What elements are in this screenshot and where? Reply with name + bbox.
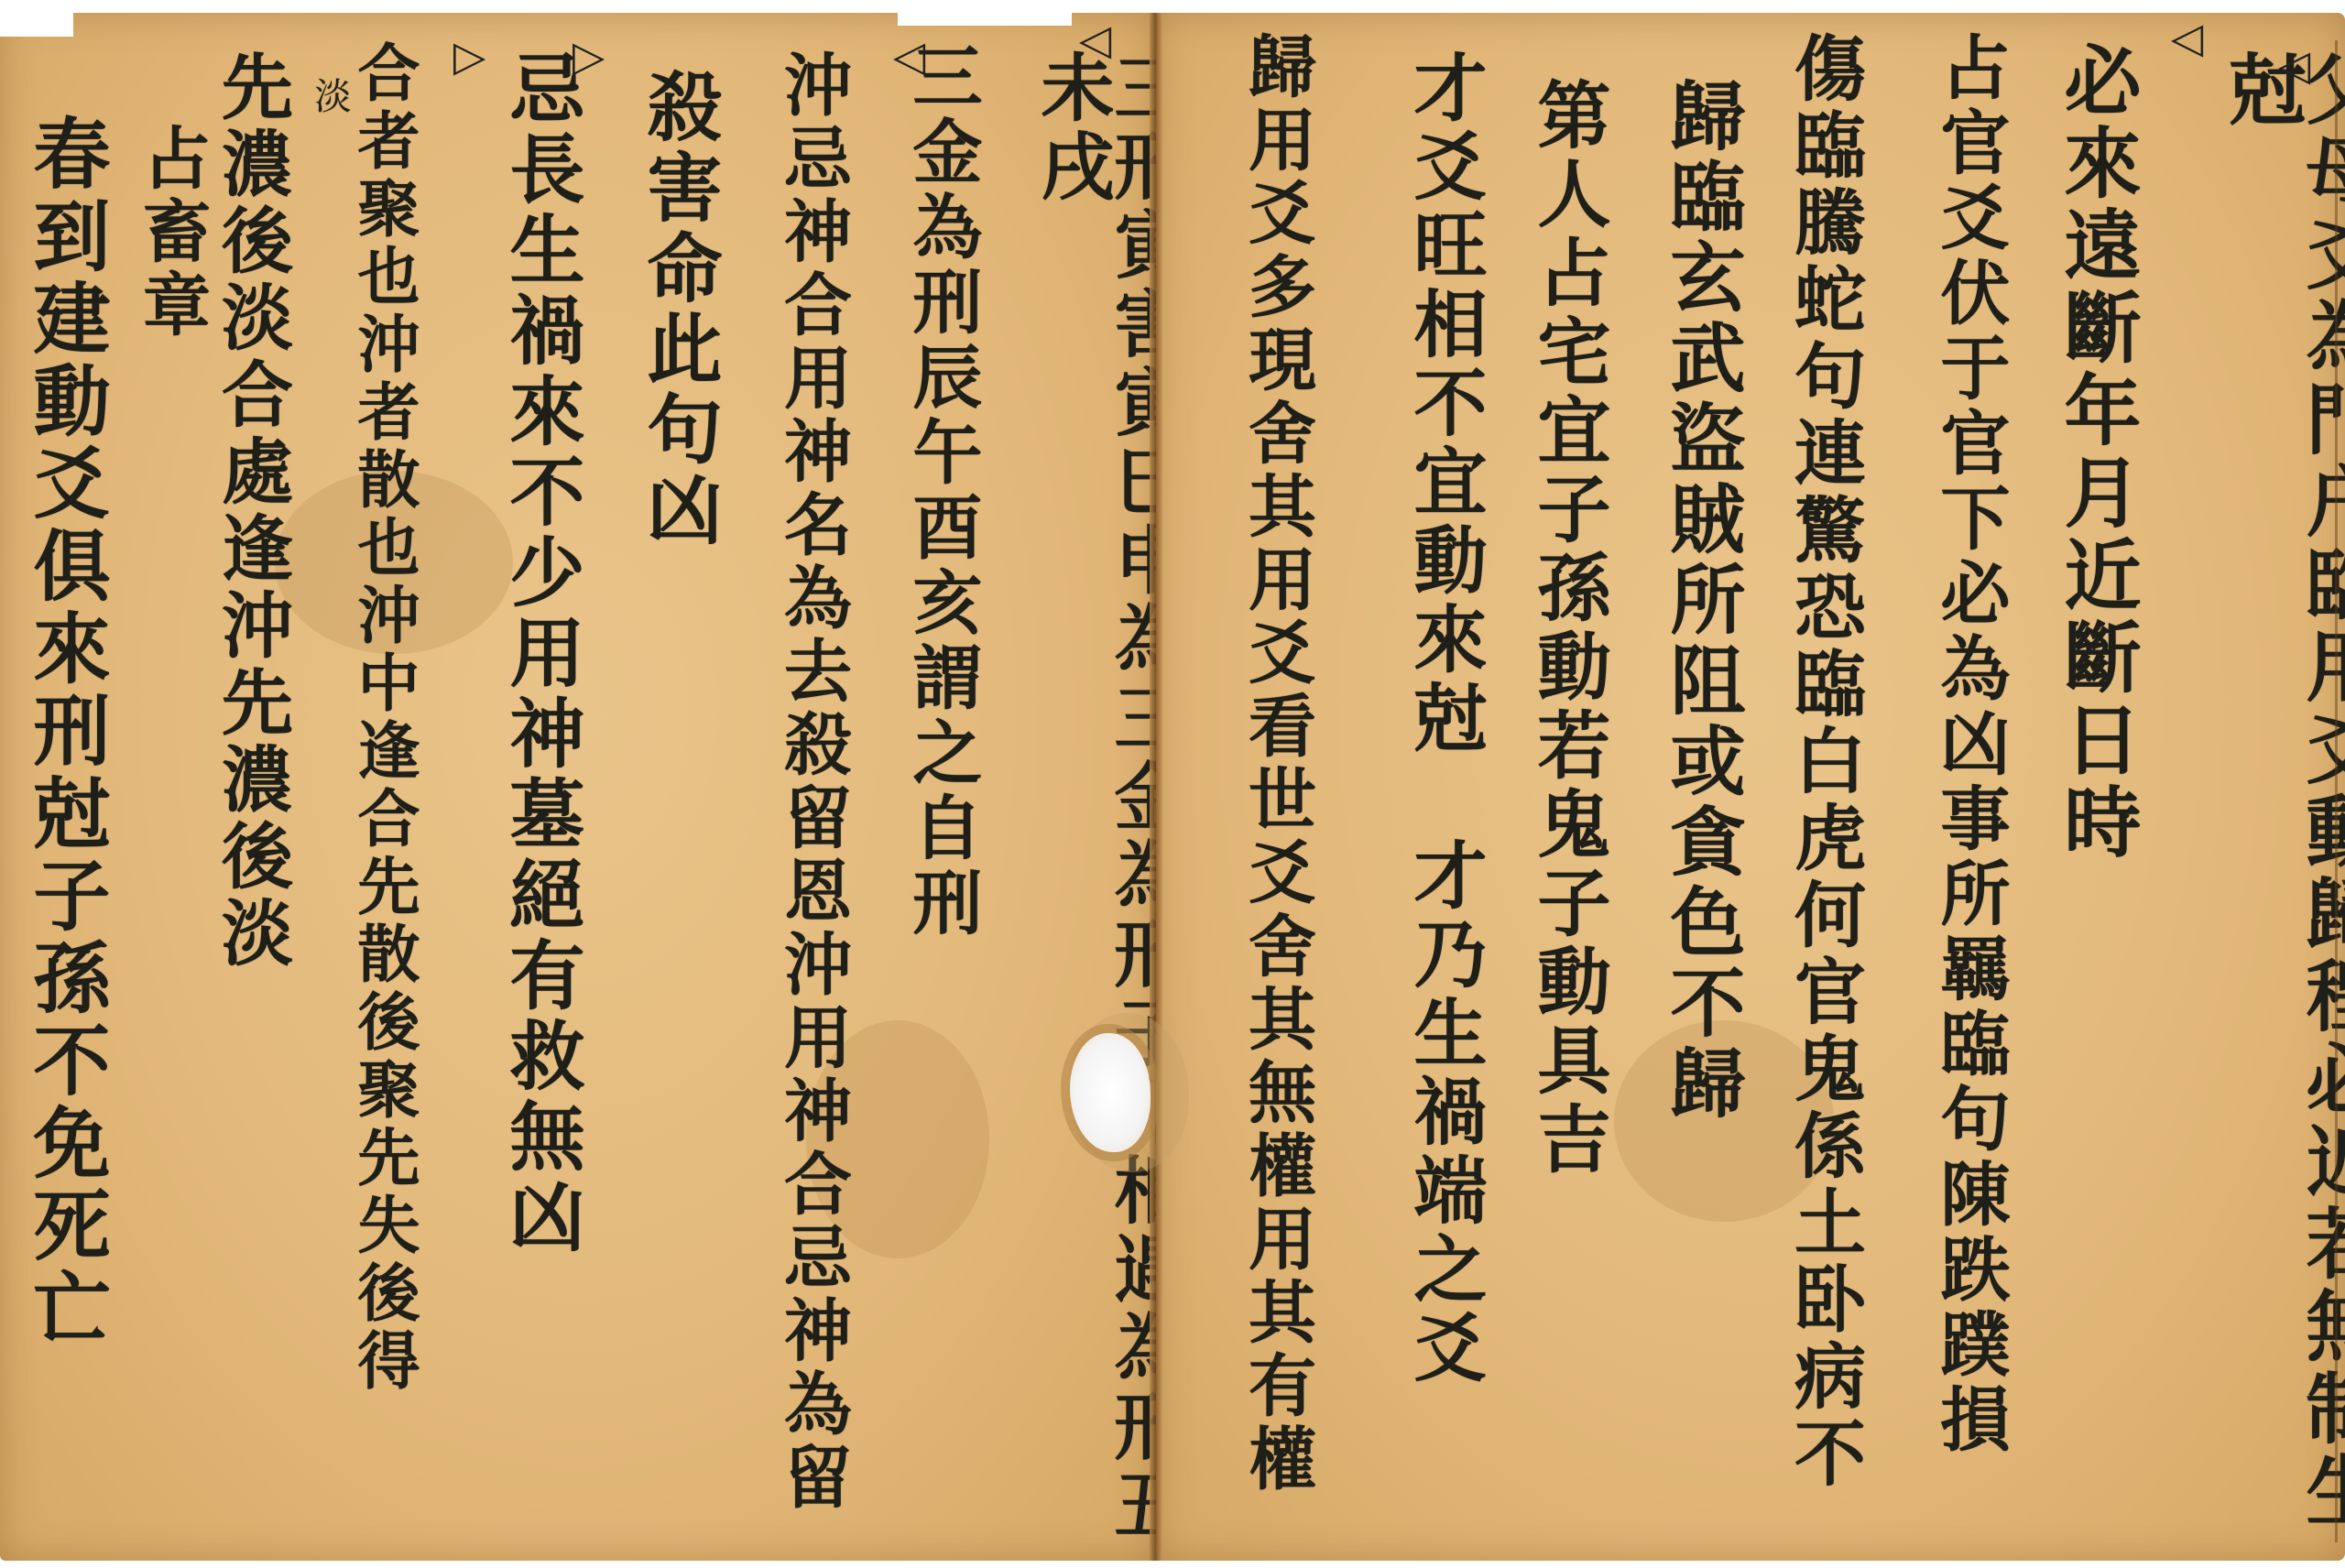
text-column: 第人占宅宜子孫動若鬼子動具吉 — [1532, 77, 1605, 1180]
text-column: 父母爻為門户臨用爻動歸程必近若無制生尅 — [2223, 49, 2345, 1561]
text-column: 三金為刑辰午酉亥謂之自刑 — [907, 40, 976, 942]
text-column: 忌長生禍來不少用神墓絕有救無凶 — [504, 49, 579, 1258]
torn-edge — [73, 0, 898, 13]
triangle-mark-icon: ◁ — [893, 31, 925, 81]
text-column: 殺害命此句凶 — [641, 68, 716, 551]
torn-edge — [898, 0, 1072, 26]
text-column: 必來遠斷年月近斷日時 — [2058, 40, 2135, 865]
torn-edge — [1072, 0, 2345, 13]
marginal-note: 淡 — [311, 77, 348, 119]
triangle-mark-icon: ▷ — [453, 31, 485, 81]
text-column: 歸用爻多現舍其用爻看世爻舍其無權用其有權 — [1243, 31, 1311, 1497]
text-column: 才爻旺相不宜動來尅 才乃生禍端之爻 — [1408, 49, 1481, 1388]
text-column: 傷臨騰蛇句連驚恐臨白虎何官鬼係土卧病不 — [1788, 31, 1860, 1493]
manuscript-spread: 三刑寅害寅巳申為三金為刑子卯相遇為刑丑未戌 三金為刑辰午酉亥謂之自刑 沖忌神合用… — [0, 0, 2345, 1568]
triangle-mark-icon: ◁ — [1079, 15, 1111, 64]
torn-edge — [0, 0, 73, 37]
right-page: 父母爻為門户臨用爻動歸程必近若無制生尅 必來遠斷年月近斷日時 占官爻伏于官下必為… — [1156, 13, 2345, 1561]
text-column: 沖忌神合用神名為去殺留恩沖用神合忌神為留 — [779, 49, 846, 1515]
triangle-mark-icon: ▷ — [573, 31, 605, 81]
text-column: 春到建動爻俱來刑尅子孫不免死亡 — [27, 114, 104, 1350]
text-column: 占官爻伏于官下必為凶事所羈臨句陳跌蹼損 — [1935, 31, 2004, 1458]
triangle-mark-icon: ◁ — [2278, 40, 2310, 90]
text-column: 合者聚也沖者散也沖中逢合先散後聚先失後得 — [353, 40, 415, 1396]
triangle-mark-icon: ◁ — [2171, 13, 2203, 62]
text-column: 先濃後淡合處逢沖先濃後淡 — [215, 49, 287, 973]
left-page: 三刑寅害寅巳申為三金為刑子卯相遇為刑丑未戌 三金為刑辰午酉亥謂之自刑 沖忌神合用… — [0, 13, 1156, 1561]
section-heading: 占畜章 — [137, 123, 205, 343]
text-column: 歸臨玄武盜賊所阻或貪色不歸 — [1664, 77, 1740, 1125]
book-spine — [1150, 13, 1162, 1561]
